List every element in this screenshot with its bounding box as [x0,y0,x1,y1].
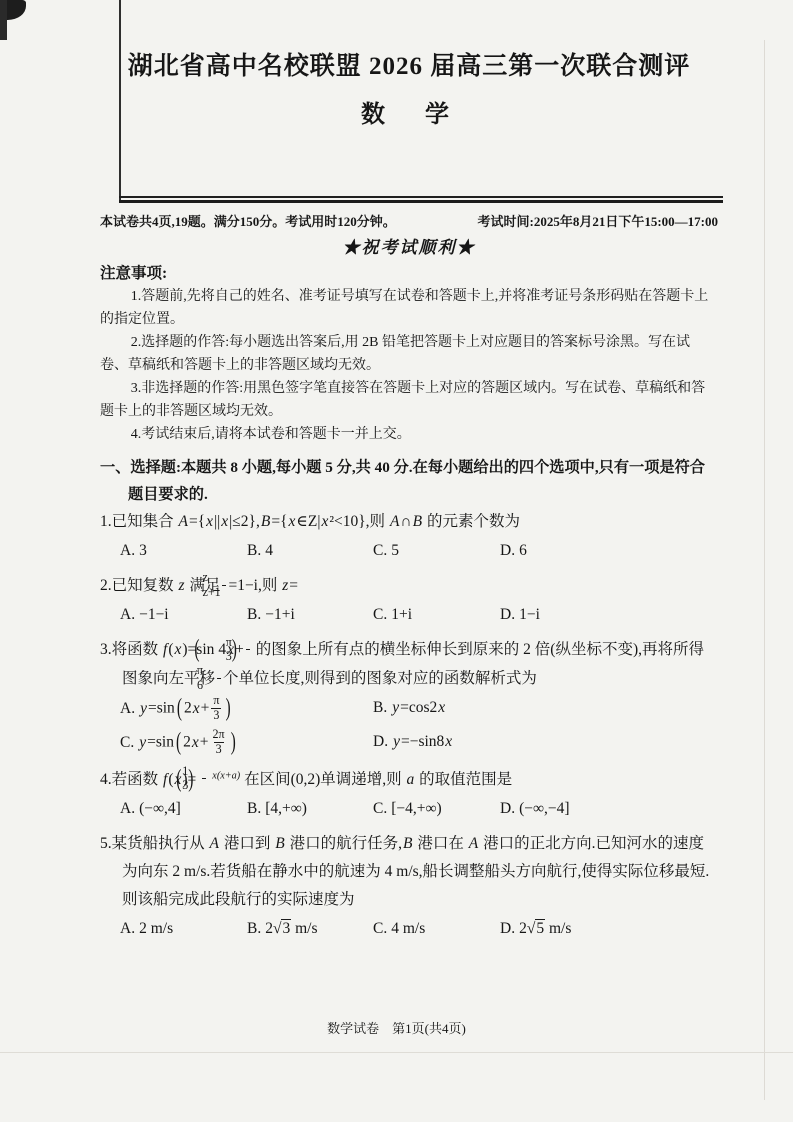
notice-item-4: 4.考试结束后,请将本试卷和答题卡一并上交。 [100,423,718,446]
notice-title: 注意事项: [100,263,718,285]
option-label: B. [247,800,265,817]
section-one-heading: 一、选择题:本题共 8 小题,每小题 5 分,共 40 分.在每小题给出的四个选… [100,454,718,508]
fraction: π3 [246,636,250,664]
math-variable: A [178,513,189,530]
option-label: A. [120,542,139,559]
math-variable: y [139,700,148,717]
big-paren-open: ( [176,722,181,765]
fraction: π6 [217,664,221,692]
question-5-option-B: B.2√3 m/s [247,916,373,942]
option-label: D. [500,606,519,623]
math-variable: A [389,513,400,530]
option-label: A. [120,800,139,817]
question-1-option-A: A.3 [120,538,247,564]
paper-subject: 数 学 [100,98,718,132]
math-variable: x [444,733,453,750]
question-5: 5.某货船执行从 A 港口到 B 港口的航行任务,B 港口在 A 港口的正北方向… [100,830,718,942]
question-5-options: A.2 m/sB.2√3 m/sC.4 m/sD.2√5 m/s [100,916,718,942]
option-label: D. [500,920,519,937]
question-3-options: A.y=sin(2x+π3)B.y=cos2xC.y=sin(2x+2π3)D.… [100,695,718,757]
question-1-option-C: C.5 [373,538,500,564]
question-3-option-B: B.y=cos2x [373,695,718,723]
question-2-stem: 2.已知复数 z 满足zz+1=1−i,则 z= [100,572,718,600]
math-variable: z [178,577,186,594]
option-label: B. [247,542,265,559]
question-4-options: A.(−∞,4]B.[4,+∞)C.[−4,+∞)D.(−∞,−4] [100,796,718,822]
question-2-option-B: B.−1+i [247,602,373,628]
question-1: 1.已知集合 A={x||x|≤2},B={x∈Z|x²<10},则 A∩B 的… [100,508,718,564]
math-variable: x [192,700,201,717]
question-3-stem: 3.将函数 f(x)=sin(4x+π3)的图象上所有点的横坐标伸长到原来的 2… [100,636,718,693]
question-1-option-B: B.4 [247,538,373,564]
option-label: A. [120,606,139,623]
question-2-options: A.−1−iB.−1+iC.1+iD.1−i [100,602,718,628]
blessing-line: ★祝考试顺利★ [100,237,718,259]
fraction: zz+1 [222,571,226,599]
math-variable: x [437,699,446,716]
page-content: 湖北省高中名校联盟 2026 届高三第一次联合测评 数 学 本试卷共4页,19题… [100,0,718,950]
math-variable: y [138,734,147,751]
math-variable: A [209,835,220,852]
scan-edge-line [764,40,765,1100]
option-label: C. [373,542,391,559]
fraction: π3 [211,694,221,722]
question-5-stem: 5.某货船执行从 A 港口到 B 港口的航行任务,B 港口在 A 港口的正北方向… [100,830,718,914]
question-1-option-D: D.6 [500,538,718,564]
notice-item-1: 1.答题前,先将自己的姓名、准考证号填写在试卷和答题卡上,并将准考证号条形码贴在… [100,285,718,331]
superscript: x(x+a) [212,770,240,781]
option-label: C. [120,734,138,751]
question-list: 1.已知集合 A={x||x|≤2},B={x∈Z|x²<10},则 A∩B 的… [100,508,718,942]
option-label: A. [120,920,139,937]
question-5-option-D: D.2√5 m/s [500,916,718,942]
question-2-option-D: D.1−i [500,602,718,628]
question-3: 3.将函数 f(x)=sin(4x+π3)的图象上所有点的横坐标伸长到原来的 2… [100,636,718,757]
math-variable: B [274,835,285,852]
question-2: 2.已知复数 z 满足zz+1=1−i,则 z=A.−1−iB.−1+iC.1+… [100,572,718,628]
notice-item-3: 3.非选择题的作答:用黑色签字笔直接答在答题卡上对应的答题区域内。写在试卷、草稿… [100,377,718,423]
math-variable: f [162,771,168,788]
exam-time-info: 考试时间:2025年8月21日下午15:00—17:00 [478,212,719,232]
notice-item-2: 2.选择题的作答:每小题选出答案后,用 2B 铅笔把答题卡上对应题目的答案标号涂… [100,331,718,377]
option-label: C. [373,606,391,623]
question-1-options: A.3B.4C.5D.6 [100,538,718,564]
math-variable: B [412,513,423,530]
paper-title: 湖北省高中名校联盟 2026 届高三第一次联合测评 [100,50,718,84]
math-variable: x [205,513,214,530]
question-4-option-A: A.(−∞,4] [120,796,247,822]
question-4-option-D: D.(−∞,−4] [500,796,718,822]
question-3-option-A: A.y=sin(2x+π3) [120,695,373,723]
math-variable: x [288,513,297,530]
math-variable: a [406,771,416,788]
option-label: D. [500,542,519,559]
exam-paper-page: 湖北省高中名校联盟 2026 届高三第一次联合测评 数 学 本试卷共4页,19题… [0,0,793,1122]
question-5-option-C: C.4 m/s [373,916,500,942]
math-variable: x [191,734,200,751]
question-3-option-C: C.y=sin(2x+2π3) [120,729,373,757]
math-variable: x [220,513,229,530]
fraction: 2π3 [211,728,227,756]
question-2-option-A: A.−1−i [120,602,247,628]
option-label: A. [120,700,139,717]
notice-list: 1.答题前,先将自己的姓名、准考证号填写在试卷和答题卡上,并将准考证号条形码贴在… [100,285,718,446]
math-variable: y [391,699,400,716]
question-4-option-B: B.[4,+∞) [247,796,373,822]
math-variable: B [260,513,271,530]
math-variable: A [468,835,479,852]
option-label: B. [247,606,265,623]
option-label: B. [373,699,391,716]
question-5-option-A: A.2 m/s [120,916,247,942]
question-4-option-C: C.[−4,+∞) [373,796,500,822]
option-label: B. [247,920,265,937]
square-root: √3 [273,919,291,937]
question-4-stem: 4.若函数 f(x)=(13)x(x+a) 在区间(0,2)单调递增,则 a 的… [100,766,718,794]
option-label: C. [373,920,391,937]
scan-corner-artifact-2 [0,0,7,40]
question-3-option-D: D.y=−sin8x [373,729,718,757]
fraction: 13 [202,765,206,793]
page-footer: 数学试卷 第1页(共4页) [0,1020,793,1038]
question-2-option-C: C.1+i [373,602,500,628]
math-variable: x [320,513,329,530]
math-variable: f [162,641,168,658]
question-4: 4.若函数 f(x)=(13)x(x+a) 在区间(0,2)单调递增,则 a 的… [100,766,718,822]
header-double-rule [119,196,723,203]
math-variable: y [392,733,401,750]
math-variable: B [402,835,413,852]
option-label: D. [500,800,519,817]
question-1-stem: 1.已知集合 A={x||x|≤2},B={x∈Z|x²<10},则 A∩B 的… [100,508,718,536]
option-label: C. [373,800,391,817]
paper-format-info: 本试卷共4页,19题。满分150分。考试用时120分钟。 [100,212,396,232]
square-root: √5 [527,919,545,937]
exam-info-row: 本试卷共4页,19题。满分150分。考试用时120分钟。 考试时间:2025年8… [100,212,718,232]
big-paren-close: ) [231,722,236,765]
scan-edge-line-bottom [0,1052,793,1053]
math-variable: z [281,577,289,594]
math-variable: x [174,641,183,658]
option-label: D. [373,733,392,750]
